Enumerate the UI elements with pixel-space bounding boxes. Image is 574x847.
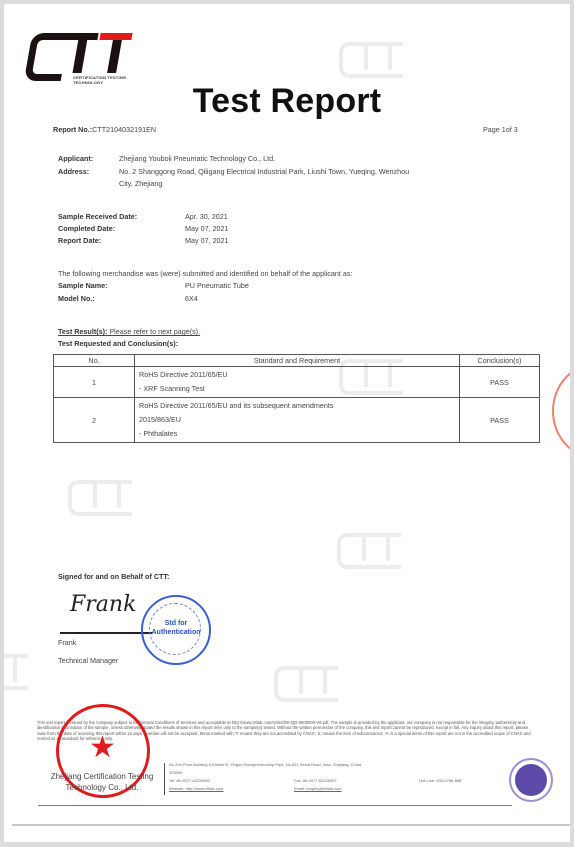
address-line1: No. 2 Shanggong Road, Qiligang Electrica…	[119, 167, 409, 176]
report-number-label: Report No.:	[53, 125, 92, 134]
sample-name-value: PU Pneumatic Tube	[185, 281, 249, 290]
table-row: 2 RoHS Directive 2011/65/EU and its subs…	[54, 398, 540, 443]
completed-date-value: May 07, 2021	[185, 224, 229, 233]
page-indicator: Page 1of 3	[483, 125, 518, 134]
sample-name-label: Sample Name:	[58, 281, 108, 290]
footer-email[interactable]: Email: enquiry@cttlab.com	[294, 785, 342, 793]
footer-address: No.2nd Floor Building 8 District B, Ying…	[169, 761, 489, 769]
row-no: 2	[54, 398, 135, 443]
applicant-value: Zhejiang Youboli Pneumatic Technology Co…	[119, 154, 275, 163]
intro-text: The following merchandise was (were) sub…	[58, 269, 352, 278]
address-label: Address:	[58, 167, 89, 176]
row-standard: RoHS Directive 2011/65/EU - XRF Scanning…	[135, 367, 460, 398]
watermark-logo	[337, 533, 403, 567]
watermark-logo	[4, 654, 30, 688]
col-standard: Standard and Requirement	[135, 355, 460, 367]
test-results-line: Test Result(s): Please refer to next pag…	[58, 327, 200, 336]
footer-divider	[38, 805, 512, 806]
signature-line	[60, 632, 152, 634]
signed-heading: Signed for and on Behalf of CTT:	[58, 572, 169, 581]
footer-contact: No.2nd Floor Building 8 District B, Ying…	[169, 761, 489, 793]
received-date-value: Apr. 30, 2021	[185, 212, 228, 221]
model-no-label: Model No.:	[58, 294, 95, 303]
cnas-accreditation-icon	[509, 758, 553, 802]
signature-scribble: Frank	[70, 592, 136, 617]
footer-website[interactable]: Website: http://www.cttlab.com	[169, 785, 294, 793]
page-bottom-divider	[12, 824, 570, 826]
watermark-logo	[68, 480, 134, 514]
row-no: 1	[54, 367, 135, 398]
report-date-label: Report Date:	[58, 236, 101, 245]
row-standard: RoHS Directive 2011/65/EU and its subseq…	[135, 398, 460, 443]
received-date-label: Sample Received Date:	[58, 212, 137, 221]
table-row: 1 RoHS Directive 2011/65/EU - XRF Scanni…	[54, 367, 540, 398]
footer-hotline: Hot-Line: 400-6756-888	[419, 777, 461, 785]
report-page: CERTIFICATION TESTING TECHNOLOGY Test Re…	[4, 4, 570, 842]
report-date-value: May 07, 2021	[185, 236, 229, 245]
completed-date-label: Completed Date:	[58, 224, 115, 233]
table-header-row: No. Standard and Requirement Conclusion(…	[54, 355, 540, 367]
col-no: No.	[54, 355, 135, 367]
footer-fax: Fax: 86-0577-62226507	[294, 777, 419, 785]
ctt-logo: CERTIFICATION TESTING TECHNOLOGY	[28, 31, 133, 85]
watermark-logo	[274, 666, 340, 700]
report-number-value: CTT2104032191EN	[92, 125, 156, 134]
model-no-value: 6X4	[185, 294, 198, 303]
row-conclusion: PASS	[460, 367, 540, 398]
watermark-logo	[339, 42, 405, 76]
applicant-label: Applicant:	[58, 154, 93, 163]
signer-name: Frank	[58, 638, 76, 647]
conclusion-heading: Test Requested and Conclusion(s):	[58, 339, 178, 348]
authentication-stamp: Std for Authentication	[141, 595, 211, 665]
col-conclusion: Conclusion(s)	[460, 355, 540, 367]
footer-company: Zhejiang Certification Testing Technolog…	[42, 771, 162, 793]
signer-role: Technical Manager	[58, 656, 118, 665]
report-number: Report No.:CTT2104032191EN	[53, 125, 156, 134]
star-icon: ★	[89, 733, 116, 763]
results-table: No. Standard and Requirement Conclusion(…	[53, 354, 540, 443]
company-seal-partial	[552, 364, 570, 458]
row-conclusion: PASS	[460, 398, 540, 443]
address-line2: City, Zhejiang	[119, 179, 162, 188]
footer-tel: Tel: 86-0577-62226502	[169, 777, 294, 785]
page-title: Test Report	[4, 82, 570, 121]
footer-postcode: 325000	[169, 769, 489, 777]
